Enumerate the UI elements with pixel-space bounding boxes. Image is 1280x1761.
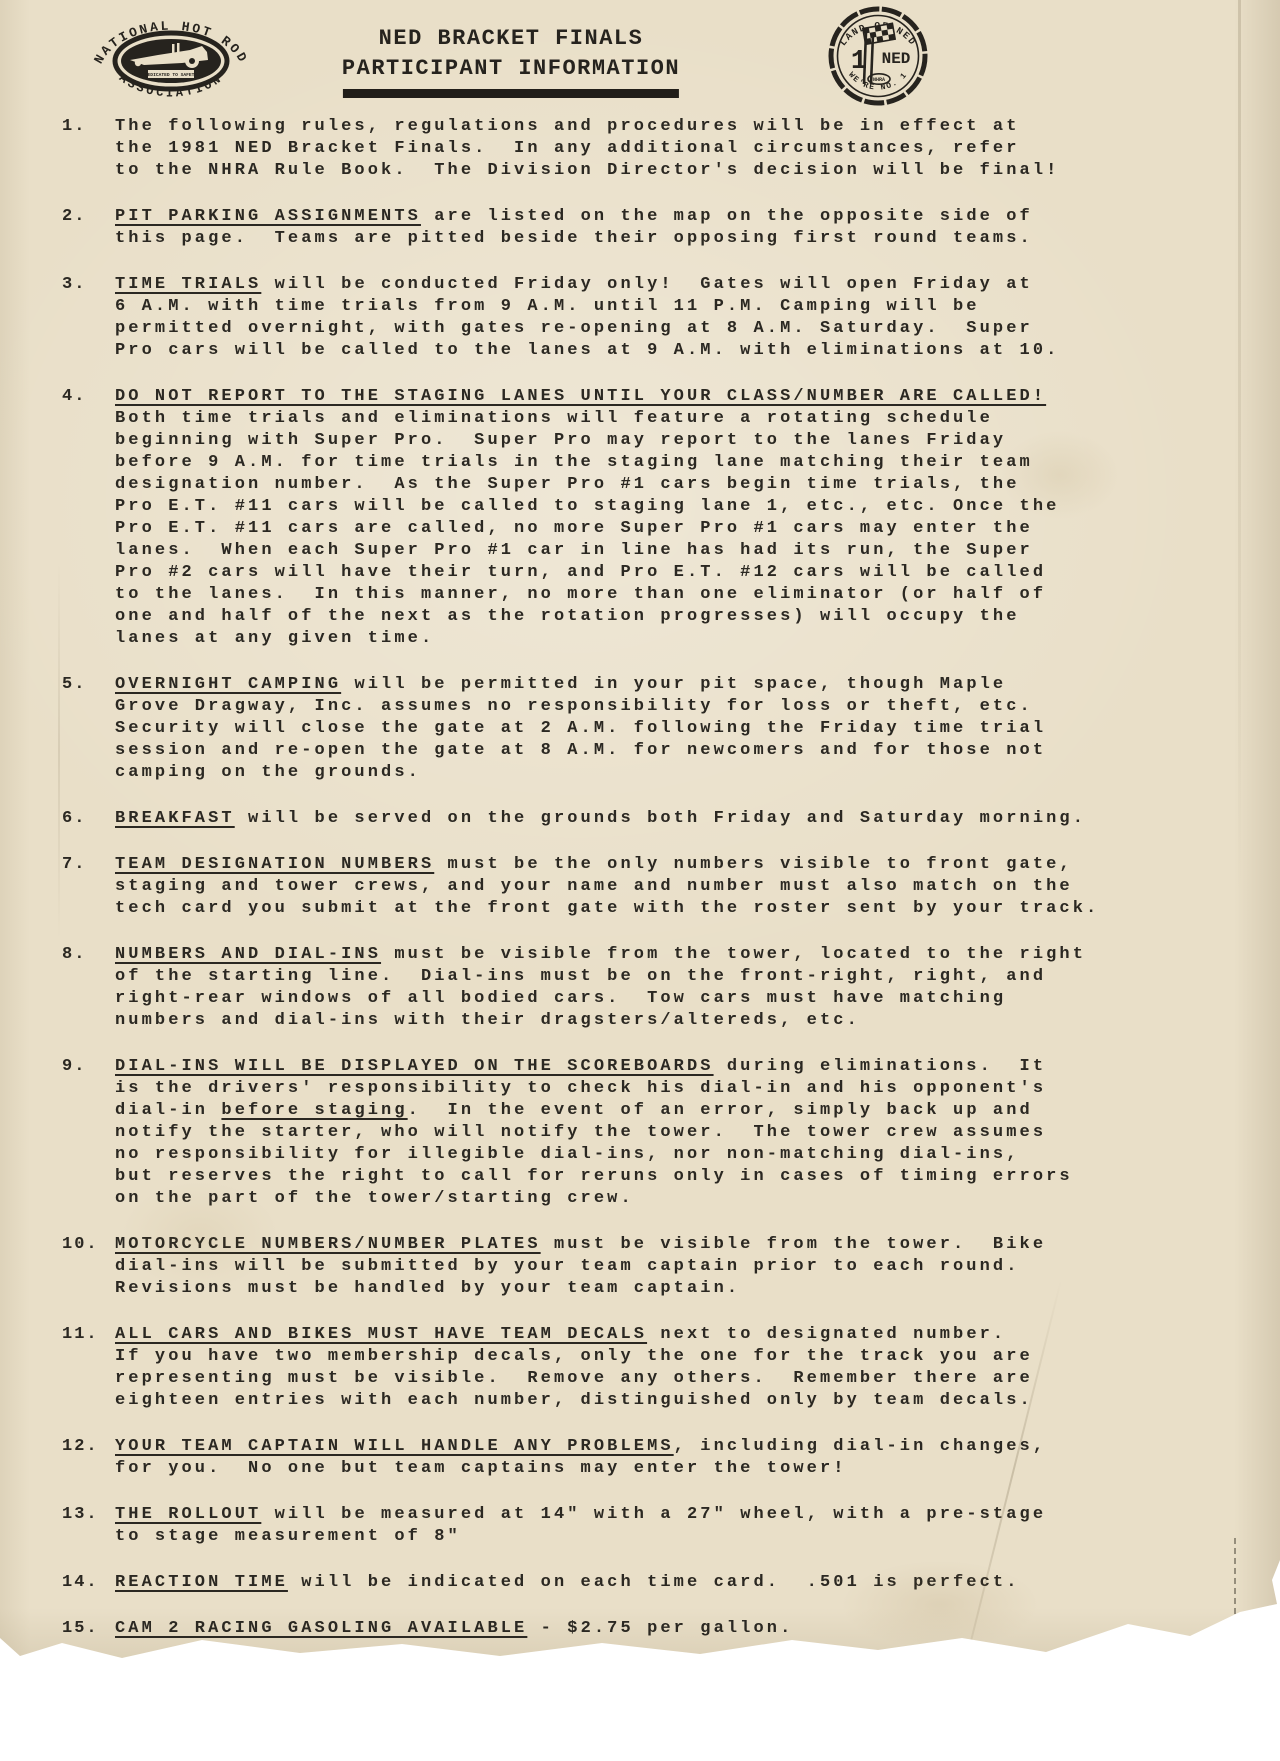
- rule-text: OVERNIGHT CAMPING will be permitted in y…: [115, 674, 1137, 784]
- rule-body-segment: will be indicated on each time card. .50…: [288, 1573, 1020, 1592]
- rule-text: NUMBERS AND DIAL-INS must be visible fro…: [115, 944, 1137, 1032]
- rule-heading-segment: REACTION TIME: [115, 1573, 288, 1592]
- rule-number: 4.: [62, 386, 115, 650]
- title-line-1: NED BRACKET FINALS: [342, 24, 680, 54]
- nhra-logo: NATIONAL HOT ROD ASSOCIATION DEDICATED T…: [86, 8, 256, 112]
- rule-body-segment: Both time trials and eliminations will f…: [115, 409, 1059, 648]
- rule-number: 8.: [62, 944, 115, 1032]
- rule-heading-segment: CAM 2 RACING GASOLING AVAILABLE: [115, 1619, 527, 1638]
- rule-number: 6.: [62, 808, 115, 830]
- rule-number: 12.: [62, 1436, 115, 1480]
- rule-item: 14.REACTION TIME will be indicated on ea…: [0, 1572, 1280, 1594]
- rule-heading-segment: OVERNIGHT CAMPING: [115, 675, 341, 694]
- rules-list: 1.The following rules, regulations and p…: [0, 112, 1280, 1640]
- rule-heading-segment: YOUR TEAM CAPTAIN WILL HANDLE ANY PROBLE…: [115, 1437, 674, 1456]
- rule-item: 8.NUMBERS AND DIAL-INS must be visible f…: [0, 944, 1280, 1032]
- rule-number: 1.: [62, 116, 115, 182]
- rule-text: PIT PARKING ASSIGNMENTS are listed on th…: [115, 206, 1137, 250]
- rule-heading-segment: BREAKFAST: [115, 809, 235, 828]
- pencil-mark: [1234, 1538, 1236, 1614]
- rule-item: 15.CAM 2 RACING GASOLING AVAILABLE - $2.…: [0, 1618, 1280, 1640]
- rule-heading-segment: TEAM DESIGNATION NUMBERS: [115, 855, 434, 874]
- rule-text: THE ROLLOUT will be measured at 14" with…: [115, 1504, 1137, 1548]
- nhra-tagline-text: DEDICATED TO SAFETY: [145, 72, 198, 78]
- rule-heading-segment: DIAL-INS WILL BE DISPLAYED ON THE SCOREB…: [115, 1057, 714, 1076]
- rule-item: 2.PIT PARKING ASSIGNMENTS are listed on …: [0, 206, 1280, 250]
- ned-flag-text: NED: [882, 50, 911, 68]
- rule-text: REACTION TIME will be indicated on each …: [115, 1572, 1137, 1594]
- rule-item: 6.BREAKFAST will be served on the ground…: [0, 808, 1280, 830]
- rule-heading-segment: TIME TRIALS: [115, 275, 261, 294]
- rule-body-segment: will be served on the grounds both Frida…: [235, 809, 1086, 828]
- rule-heading-segment: PIT PARKING ASSIGNMENTS: [115, 207, 421, 226]
- ned-badge-text: NHRA: [873, 77, 885, 83]
- rule-heading-segment: DO NOT REPORT TO THE STAGING LANES UNTIL…: [115, 387, 1046, 406]
- rule-text: DO NOT REPORT TO THE STAGING LANES UNTIL…: [115, 386, 1137, 650]
- rule-number: 9.: [62, 1056, 115, 1210]
- rule-item: 11.ALL CARS AND BIKES MUST HAVE TEAM DEC…: [0, 1324, 1280, 1412]
- rule-number: 2.: [62, 206, 115, 250]
- rule-heading-segment: before staging: [221, 1101, 407, 1120]
- rule-heading-segment: ALL CARS AND BIKES MUST HAVE TEAM DECALS: [115, 1325, 647, 1344]
- rule-text: YOUR TEAM CAPTAIN WILL HANDLE ANY PROBLE…: [115, 1436, 1137, 1480]
- rule-text: TEAM DESIGNATION NUMBERS must be the onl…: [115, 854, 1137, 920]
- rule-number: 14.: [62, 1572, 115, 1594]
- document-page: NATIONAL HOT ROD ASSOCIATION DEDICATED T…: [0, 0, 1280, 1668]
- rule-heading-segment: NUMBERS AND DIAL-INS: [115, 945, 381, 964]
- rule-item: 12.YOUR TEAM CAPTAIN WILL HANDLE ANY PRO…: [0, 1436, 1280, 1480]
- rule-number: 15.: [62, 1618, 115, 1640]
- rule-number: 7.: [62, 854, 115, 920]
- rule-item: 5.OVERNIGHT CAMPING will be permitted in…: [0, 674, 1280, 784]
- rule-item: 1.The following rules, regulations and p…: [0, 116, 1280, 182]
- rule-number: 13.: [62, 1504, 115, 1548]
- rule-text: MOTORCYCLE NUMBERS/NUMBER PLATES must be…: [115, 1234, 1137, 1300]
- rule-text: TIME TRIALS will be conducted Friday onl…: [115, 274, 1137, 362]
- rule-item: 7.TEAM DESIGNATION NUMBERS must be the o…: [0, 854, 1280, 920]
- rule-item: 3.TIME TRIALS will be conducted Friday o…: [0, 274, 1280, 362]
- ned-logo: LAND OF NED WE'RE NO. 1 1 NED NHRA: [826, 4, 930, 108]
- rule-text: ALL CARS AND BIKES MUST HAVE TEAM DECALS…: [115, 1324, 1137, 1412]
- title-line-2: PARTICIPANT INFORMATION: [342, 54, 680, 84]
- ned-flag-number: 1: [851, 47, 867, 77]
- rule-item: 13.THE ROLLOUT will be measured at 14" w…: [0, 1504, 1280, 1548]
- rule-body-segment: - $2.75 per gallon.: [527, 1619, 793, 1638]
- page-header: NATIONAL HOT ROD ASSOCIATION DEDICATED T…: [0, 0, 1280, 112]
- document-title: NED BRACKET FINALS PARTICIPANT INFORMATI…: [342, 24, 680, 98]
- rule-heading-segment: THE ROLLOUT: [115, 1505, 261, 1524]
- rule-text: The following rules, regulations and pro…: [115, 116, 1137, 182]
- rule-number: 11.: [62, 1324, 115, 1412]
- rule-item: 4.DO NOT REPORT TO THE STAGING LANES UNT…: [0, 386, 1280, 650]
- rule-text: DIAL-INS WILL BE DISPLAYED ON THE SCOREB…: [115, 1056, 1137, 1210]
- rule-heading-segment: MOTORCYCLE NUMBERS/NUMBER PLATES: [115, 1235, 541, 1254]
- rule-body-segment: The following rules, regulations and pro…: [115, 117, 1059, 180]
- rule-number: 10.: [62, 1234, 115, 1300]
- rule-number: 3.: [62, 274, 115, 362]
- rule-text: CAM 2 RACING GASOLING AVAILABLE - $2.75 …: [115, 1618, 1137, 1640]
- rule-item: 10.MOTORCYCLE NUMBERS/NUMBER PLATES must…: [0, 1234, 1280, 1300]
- rule-number: 5.: [62, 674, 115, 784]
- rule-text: BREAKFAST will be served on the grounds …: [115, 808, 1137, 830]
- title-underline: [343, 89, 679, 98]
- rule-item: 9.DIAL-INS WILL BE DISPLAYED ON THE SCOR…: [0, 1056, 1280, 1210]
